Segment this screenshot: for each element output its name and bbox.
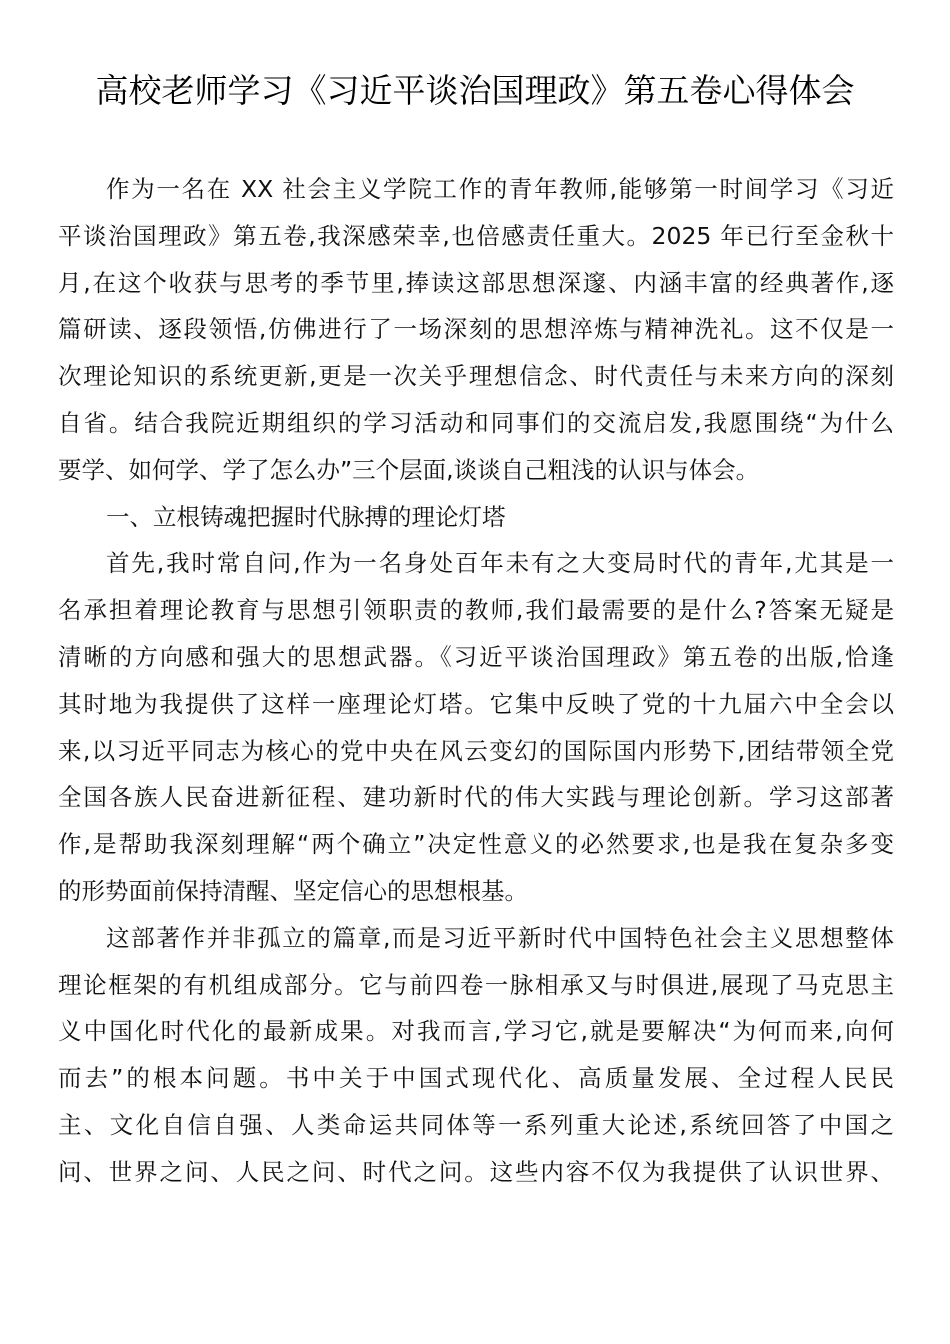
text-line: 理论框架的有机组成部分。它与前四卷一脉相承又与时俱进,展现了马克思主: [58, 962, 894, 1009]
text-line: 平谈治国理政》第五卷,我深感荣幸,也倍感责任重大。2025 年已行至金秋十: [58, 213, 894, 260]
text-line: 来,以习近平同志为核心的党中央在风云变幻的国际国内形势下,团结带领全党: [58, 728, 894, 775]
text-line: 其时地为我提供了这样一座理论灯塔。它集中反映了党的十九届六中全会以: [58, 681, 894, 728]
text-line: 清晰的方向感和强大的思想武器。《习近平谈治国理政》第五卷的出版,恰逢: [58, 634, 894, 681]
text-line: 要学、如何学、学了怎么办”三个层面,谈谈自己粗浅的认识与体会。: [58, 447, 894, 494]
text-line: 问、世界之问、人民之问、时代之问。这些内容不仅为我提供了认识世界、: [58, 1149, 894, 1196]
text-line: 篇研读、逐段领悟,仿佛进行了一场深刻的思想淬炼与精神洗礼。这不仅是一: [58, 306, 894, 353]
text-line: 而去”的根本问题。书中关于中国式现代化、高质量发展、全过程人民民: [58, 1055, 894, 1102]
text-line: 首先,我时常自问,作为一名身处百年未有之大变局时代的青年,尤其是一: [58, 540, 894, 587]
text-line: 次理论知识的系统更新,更是一次关乎理想信念、时代责任与未来方向的深刻: [58, 353, 894, 400]
text-line: 义中国化时代化的最新成果。对我而言,学习它,就是要解决“为何而来,向何: [58, 1008, 894, 1055]
text-line: 全国各族人民奋进新征程、建功新时代的伟大实践与理论创新。学习这部著: [58, 774, 894, 821]
text-line: 的形势面前保持清醒、坚定信心的思想根基。: [58, 868, 894, 915]
paragraph-intro: 作为一名在 XX 社会主义学院工作的青年教师,能够第一时间学习《习近 平谈治国理…: [58, 166, 894, 494]
section-heading-text: 一、立根铸魂把握时代脉搏的理论灯塔: [58, 494, 894, 541]
text-line: 作为一名在 XX 社会主义学院工作的青年教师,能够第一时间学习《习近: [58, 166, 894, 213]
text-line: 名承担着理论教育与思想引领职责的教师,我们最需要的是什么?答案无疑是: [58, 587, 894, 634]
paragraph-section-2: 这部著作并非孤立的篇章,而是习近平新时代中国特色社会主义思想整体 理论框架的有机…: [58, 915, 894, 1196]
section-heading: 一、立根铸魂把握时代脉搏的理论灯塔: [58, 494, 894, 541]
paragraph-section-1: 首先,我时常自问,作为一名身处百年未有之大变局时代的青年,尤其是一 名承担着理论…: [58, 540, 894, 914]
text-line: 主、文化自信自强、人类命运共同体等一系列重大论述,系统回答了中国之: [58, 1102, 894, 1149]
text-line: 月,在这个收获与思考的季节里,捧读这部思想深邃、内涵丰富的经典著作,逐: [58, 260, 894, 307]
document-body: 作为一名在 XX 社会主义学院工作的青年教师,能够第一时间学习《习近 平谈治国理…: [58, 166, 894, 1196]
text-line: 作,是帮助我深刻理解“两个确立”决定性意义的必然要求,也是我在复杂多变: [58, 821, 894, 868]
document-page: 高校老师学习《习近平谈治国理政》第五卷心得体会 作为一名在 XX 社会主义学院工…: [0, 0, 950, 1344]
document-title: 高校老师学习《习近平谈治国理政》第五卷心得体会: [0, 68, 950, 114]
text-line: 这部著作并非孤立的篇章,而是习近平新时代中国特色社会主义思想整体: [58, 915, 894, 962]
text-line: 自省。结合我院近期组织的学习活动和同事们的交流启发,我愿围绕“为什么: [58, 400, 894, 447]
